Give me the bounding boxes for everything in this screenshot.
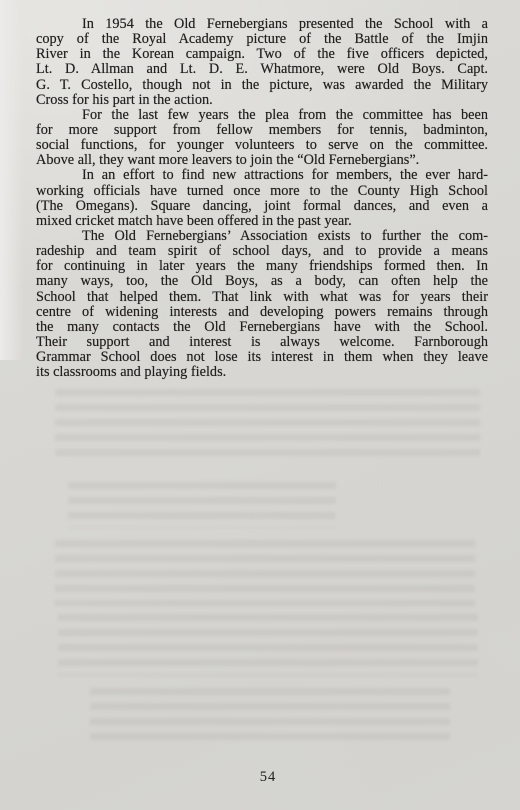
- bleedthrough-text-block: [90, 688, 450, 744]
- text-line: For the last few years the plea from the…: [36, 108, 488, 123]
- text-line: River in the Korean campaign. Two of the…: [36, 47, 488, 62]
- text-line: many ways, too, the Old Boys, as a body,…: [36, 274, 488, 289]
- text-line: the many contacts the Old Fernebergians …: [36, 320, 488, 335]
- bleedthrough-text-block: [58, 614, 478, 676]
- text-line: School that helped them. That link with …: [36, 290, 488, 305]
- text-line: for more support from fellow members for…: [36, 123, 488, 138]
- text-line: In 1954 the Old Fernebergians presented …: [36, 17, 488, 32]
- text-line: Lt. D. Allman and Lt. D. E. Whatmore, we…: [36, 62, 488, 77]
- text-line: Their support and interest is always wel…: [36, 335, 488, 350]
- text-line: The Old Fernebergians’ Association exist…: [36, 229, 488, 244]
- paragraph: For the last few years the plea from the…: [36, 108, 488, 169]
- text-line: G. T. Costello, though not in the pictur…: [36, 78, 488, 93]
- text-line: (The Omegans). Square dancing, joint for…: [36, 199, 488, 214]
- text-line: copy of the Royal Academy picture of the…: [36, 32, 488, 47]
- paragraph: The Old Fernebergians’ Association exist…: [36, 229, 488, 380]
- text-line: centre of widening interests and develop…: [36, 305, 488, 320]
- bleedthrough-text-block: [55, 540, 475, 606]
- text-line: radeship and team spirit of school days,…: [36, 244, 488, 259]
- page-number: 54: [8, 769, 520, 786]
- text-line: mixed cricket match have been offered in…: [36, 214, 488, 229]
- paragraph: In 1954 the Old Fernebergians presented …: [36, 17, 488, 108]
- text-line: for continuing in later years the many f…: [36, 259, 488, 274]
- bleedthrough-text-block: [68, 482, 336, 528]
- text-line: In an effort to find new attractions for…: [36, 168, 488, 183]
- text-line: working officials have turned once more …: [36, 184, 488, 199]
- scanned-page: In 1954 the Old Fernebergians presented …: [0, 0, 520, 810]
- text-body: In 1954 the Old Fernebergians presented …: [36, 17, 488, 380]
- text-line: Above all, they want more leavers to joi…: [36, 153, 488, 168]
- text-line: Cross for his part in the action.: [36, 93, 488, 108]
- text-line: its classrooms and playing fields.: [36, 365, 488, 380]
- bleedthrough-text-block: [55, 389, 480, 463]
- text-line: Grammar School does not lose its interes…: [36, 350, 488, 365]
- text-line: social functions, for younger volunteers…: [36, 138, 488, 153]
- paragraph: In an effort to find new attractions for…: [36, 168, 488, 229]
